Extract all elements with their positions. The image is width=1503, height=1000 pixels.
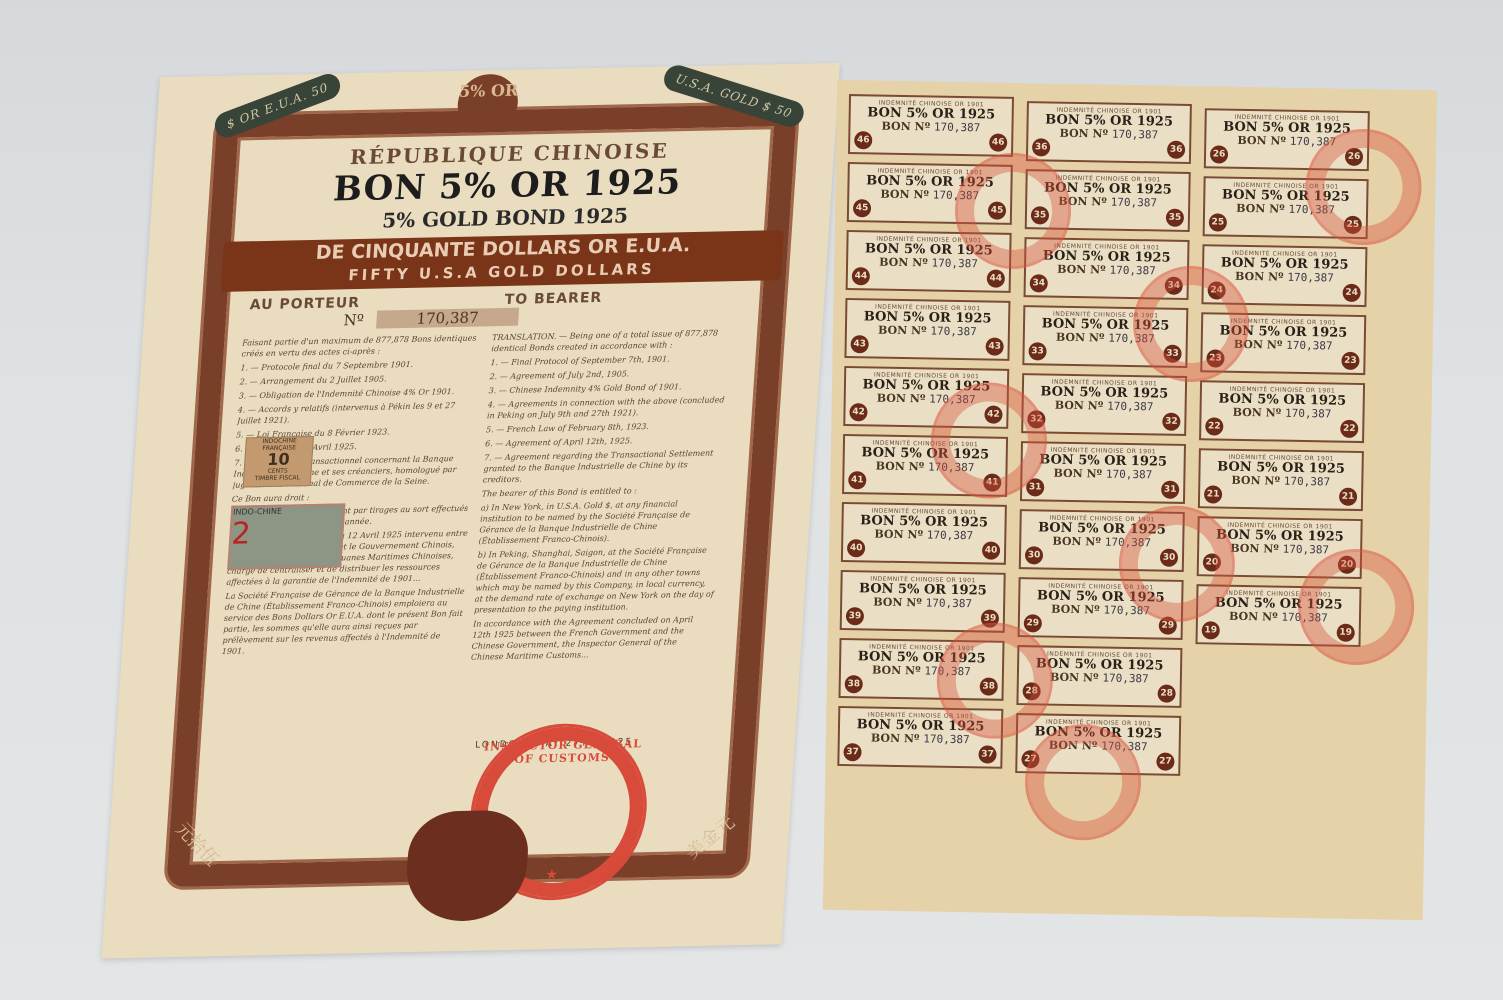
- bond-number: 170,387: [1106, 468, 1153, 482]
- coupon-number-badge: 42: [849, 403, 867, 421]
- bon-label: BON Nº: [1056, 331, 1105, 345]
- coupon-number-badge: 21: [1339, 488, 1357, 506]
- bon-label: BON Nº: [1229, 610, 1278, 624]
- text-line: 2. — Arrangement du 2 Juillet 1905.: [239, 371, 480, 387]
- bond-number: 170,387: [926, 596, 973, 610]
- stamp-value: 2: [230, 516, 251, 551]
- coupon-number-badge: 37: [843, 743, 861, 761]
- coupon-number-badge: 19: [1202, 621, 1220, 639]
- bond-number: 170,387: [930, 324, 977, 338]
- bond-number: 170,387: [1111, 196, 1158, 210]
- bearer-english: TO BEARER: [504, 290, 603, 308]
- bon-label: BON Nº: [1057, 263, 1106, 277]
- bond-number: 170,387: [1285, 407, 1332, 421]
- text-line: a) In New York, in U.S.A. Gold $, at any…: [478, 497, 721, 546]
- bond-number-row: Nº 170,387: [343, 308, 519, 330]
- bond-number: 170,387: [1286, 339, 1333, 353]
- coupon-number-badge: 46: [854, 131, 872, 149]
- red-seal-stamp: [1024, 723, 1142, 841]
- bon-label: BON Nº: [876, 460, 925, 474]
- bon-label: BON Nº: [873, 596, 922, 610]
- text-line: b) In Peking, Shanghai, Saigon, at the S…: [474, 545, 718, 616]
- bond-number: 170,387: [1112, 128, 1159, 142]
- coupon-number-badge: 46: [989, 133, 1007, 151]
- coupon-number-badge: 29: [1024, 614, 1042, 632]
- coupon-number-badge: 22: [1205, 417, 1223, 435]
- text-line: La Société Française de Gérance de la Ba…: [221, 586, 465, 657]
- text-line: TRANSLATION. — Being one of a total issu…: [491, 327, 732, 354]
- coupon-number-badge: 22: [1340, 420, 1358, 438]
- bon-label: BON Nº: [1051, 603, 1100, 617]
- bond-number: 170,387: [1284, 475, 1331, 489]
- coupon: INDEMNITÉ CHINOISE OR 1901BON 5% OR 1925…: [844, 298, 1010, 361]
- bond-number: 170,387: [376, 308, 519, 329]
- coupon: INDEMNITÉ CHINOISE OR 1901BON 5% OR 1925…: [1199, 380, 1365, 443]
- bond-number: 170,387: [1107, 400, 1154, 414]
- coupon-number-badge: 36: [1032, 138, 1050, 156]
- coupon-number-badge: 21: [1204, 485, 1222, 503]
- bond-number: 170,387: [1283, 543, 1330, 557]
- red-seal-stamp: [1297, 548, 1415, 666]
- bon-label: BON Nº: [877, 392, 926, 406]
- bon-label: BON Nº: [1233, 406, 1282, 420]
- coupon-number-badge: 44: [987, 269, 1005, 287]
- bon-label: BON Nº: [1052, 535, 1101, 549]
- bon-label: BON Nº: [1237, 134, 1286, 148]
- coupon-number-badge: 39: [846, 607, 864, 625]
- text-line: Ce Bon aura droit :: [232, 489, 473, 505]
- bond-number: 170,387: [923, 732, 970, 746]
- text-line: 6. — Agreement of April 12th, 1925.: [485, 433, 726, 449]
- text-line: In accordance with the Agreement conclud…: [471, 614, 714, 663]
- bon-label: BON Nº: [1236, 202, 1285, 216]
- bon-label: BON Nº: [874, 528, 923, 542]
- text-line: 1. — Protocole final du 7 Septembre 1901…: [240, 357, 481, 373]
- coupon-number-badge: 38: [845, 675, 863, 693]
- bond-number: 170,387: [931, 257, 978, 271]
- coupon-number-badge: 45: [853, 199, 871, 217]
- coupon-number-badge: 35: [1166, 209, 1184, 227]
- coupon-number-badge: 36: [1167, 141, 1185, 159]
- bon-label: BON Nº: [1230, 542, 1279, 556]
- coupon-number-badge: 33: [1028, 342, 1046, 360]
- coupon-number-badge: 43: [851, 335, 869, 353]
- bond-number: 170,387: [934, 121, 981, 135]
- bon-label: BON Nº: [1059, 127, 1108, 141]
- coupon-number-badge: 31: [1161, 481, 1179, 499]
- coupon-number-badge: 37: [978, 745, 996, 763]
- bon-label: BON Nº: [1055, 399, 1104, 413]
- coupon-number-badge: 28: [1157, 685, 1175, 703]
- bon-label: BON Nº: [1235, 270, 1284, 284]
- coupon-number-badge: 41: [848, 471, 866, 489]
- bon-label: BON Nº: [872, 664, 921, 678]
- number-label: Nº: [343, 311, 364, 329]
- dragon-emblem: [403, 810, 530, 923]
- red-seal-stamp: [1304, 128, 1422, 246]
- text-line: 2. — Agreement of July 2nd, 1905.: [489, 366, 730, 382]
- text-line: 7. — Agreement regarding the Transaction…: [482, 447, 724, 485]
- indochine-stamp: INDO-CHINE 2: [227, 503, 345, 569]
- coupon-number-badge: 25: [1209, 213, 1227, 231]
- text-line: Faisant partie d'un maximum de 877,878 B…: [241, 332, 482, 359]
- bon-label: BON Nº: [871, 732, 920, 746]
- bon-label: BON Nº: [881, 120, 930, 134]
- stamp-value: 10: [245, 451, 312, 468]
- coupon-sheet: INDEMNITÉ CHINOISE OR 1901BON 5% OR 1925…: [823, 80, 1437, 920]
- coupon: INDEMNITÉ CHINOISE OR 1901BON 5% OR 1925…: [848, 94, 1014, 157]
- coupon: INDEMNITÉ CHINOISE OR 1901BON 5% OR 1925…: [1026, 101, 1192, 164]
- text-line: 5. — French Law of February 8th, 1923.: [486, 419, 727, 435]
- coupon-number-badge: 44: [852, 267, 870, 285]
- bon-label: BON Nº: [879, 256, 928, 270]
- bond-number: 170,387: [1287, 271, 1334, 285]
- bond-number: 170,387: [927, 528, 974, 542]
- coupon-number-badge: 27: [1156, 753, 1174, 771]
- coupon-number-badge: 40: [982, 541, 1000, 559]
- coupon-number-badge: 23: [1341, 352, 1359, 370]
- fiscal-stamp: INDOCHINE FRANÇAISE 10 CENTS TIMBRE FISC…: [243, 436, 314, 488]
- text-line: 4. — Agreements in connection with the a…: [487, 394, 728, 421]
- text-line: The bearer of this Bond is entitled to :: [481, 483, 722, 499]
- bon-label: BON Nº: [1053, 467, 1102, 481]
- text-line: 4. — Accords y relatifs (intervenus à Pé…: [237, 400, 478, 427]
- bond-number: 170,387: [1102, 672, 1149, 686]
- coupon-number-badge: 43: [986, 337, 1004, 355]
- seal-text: INSPECTOR GENERAL OF CUSTOMS: [477, 737, 649, 767]
- bond-number: 170,387: [1109, 264, 1156, 278]
- bond-certificate: $ OR E.U.A. 50 U.S.A. GOLD $ 50 5% OR RÉ…: [102, 63, 840, 959]
- text-line: 3. — Obligation de l'Indemnité Chinoise …: [238, 386, 479, 402]
- bon-label: BON Nº: [878, 324, 927, 338]
- stamp-label: INDO-CHINE: [233, 505, 344, 516]
- coupon-number-badge: 24: [1342, 284, 1360, 302]
- star-icon: ★: [545, 867, 559, 883]
- bon-label: BON Nº: [880, 188, 929, 202]
- coupon-number-badge: 34: [1030, 274, 1048, 292]
- text-line: 3. — Chinese Indemnity 4% Gold Bond of 1…: [488, 380, 729, 396]
- bon-label: BON Nº: [1050, 671, 1099, 685]
- coupon-number-badge: 26: [1210, 145, 1228, 163]
- coupon: INDEMNITÉ CHINOISE OR 1901BON 5% OR 1925…: [1021, 373, 1187, 436]
- coupon-number-badge: 32: [1162, 413, 1180, 431]
- english-text-column: TRANSLATION. — Being one of a total issu…: [465, 327, 732, 743]
- text-line: 1. — Final Protocol of September 7th, 19…: [490, 352, 731, 368]
- coupon: INDEMNITÉ CHINOISE OR 1901BON 5% OR 1925…: [1198, 448, 1364, 511]
- stamp-line: TIMBRE FISCAL: [244, 474, 310, 482]
- coupon-number-badge: 40: [847, 539, 865, 557]
- bon-label: BON Nº: [1231, 474, 1280, 488]
- coupon-number-badge: 30: [1025, 546, 1043, 564]
- coupon: INDEMNITÉ CHINOISE OR 1901BON 5% OR 1925…: [841, 502, 1007, 565]
